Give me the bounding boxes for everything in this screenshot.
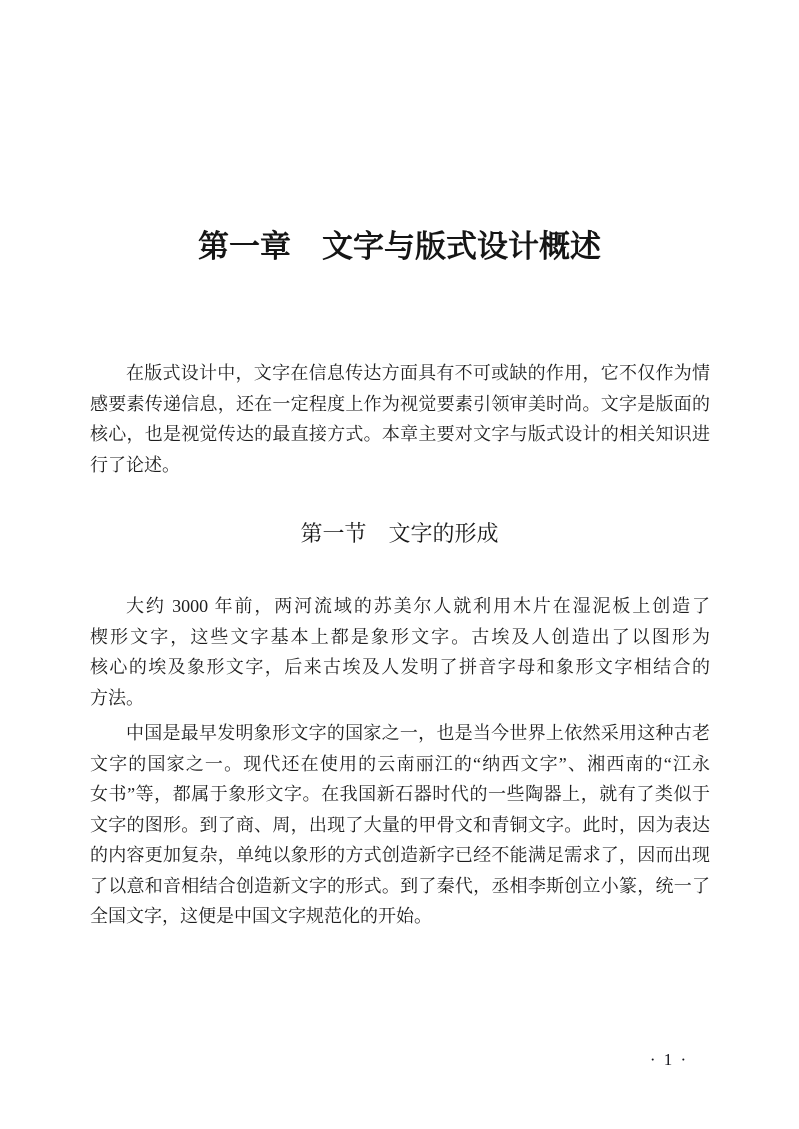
text-line: 女书”等，都属于象形文字。在我国新石器时代的一些陶器上，就有了类似于 xyxy=(90,779,710,810)
text-line: 核心，也是视觉传达的最直接方式。本章主要对文字与版式设计的相关知识进 xyxy=(90,419,710,450)
section-title: 第一节 文字的形成 xyxy=(0,519,799,549)
text-line: 了以意和音相结合创造新文字的形式。到了秦代，丞相李斯创立小篆，统一了 xyxy=(90,871,710,902)
book-page: 第一章 文字与版式设计概述 在版式设计中，文字在信息传达方面具有不可或缺的作用，… xyxy=(0,0,799,1129)
text-line: 中国是最早发明象形文字的国家之一，也是当今世界上依然采用这种古老 xyxy=(90,718,710,749)
text-line: 在版式设计中，文字在信息传达方面具有不可或缺的作用，它不仅作为情 xyxy=(90,358,710,389)
text-line: 感要素传递信息，还在一定程度上作为视觉要素引领审美时尚。文字是版面的 xyxy=(90,389,710,420)
text-line: 全国文字，这便是中国文字规范化的开始。 xyxy=(90,901,710,932)
chapter-title: 第一章 文字与版式设计概述 xyxy=(0,227,799,267)
text-line: 核心的埃及象形文字，后来古埃及人发明了拼音字母和象形文字相结合的 xyxy=(90,652,710,683)
text-line: 楔形文字，这些文字基本上都是象形文字。古埃及人创造出了以图形为 xyxy=(90,622,710,653)
text-line: 的内容更加复杂，单纯以象形的方式创造新字已经不能满足需求了，因而出现 xyxy=(90,840,710,871)
body-paragraph: 大约 3000 年前，两河流域的苏美尔人就利用木片在湿泥板上创造了 楔形文字，这… xyxy=(90,591,710,713)
text-line: 行了论述。 xyxy=(90,450,710,481)
text-line: 方法。 xyxy=(90,683,710,714)
intro-paragraph: 在版式设计中，文字在信息传达方面具有不可或缺的作用，它不仅作为情 感要素传递信息… xyxy=(90,358,710,480)
text-line: 文字的国家之一。现代还在使用的云南丽江的“纳西文字”、湘西南的“江永 xyxy=(90,749,710,780)
text-line: 大约 3000 年前，两河流域的苏美尔人就利用木片在湿泥板上创造了 xyxy=(90,591,710,622)
body-paragraph: 中国是最早发明象形文字的国家之一，也是当今世界上依然采用这种古老 文字的国家之一… xyxy=(90,718,710,932)
text-line: 文字的图形。到了商、周，出现了大量的甲骨文和青铜文字。此时，因为表达 xyxy=(90,810,710,841)
page-number: · 1 · xyxy=(594,1049,744,1071)
